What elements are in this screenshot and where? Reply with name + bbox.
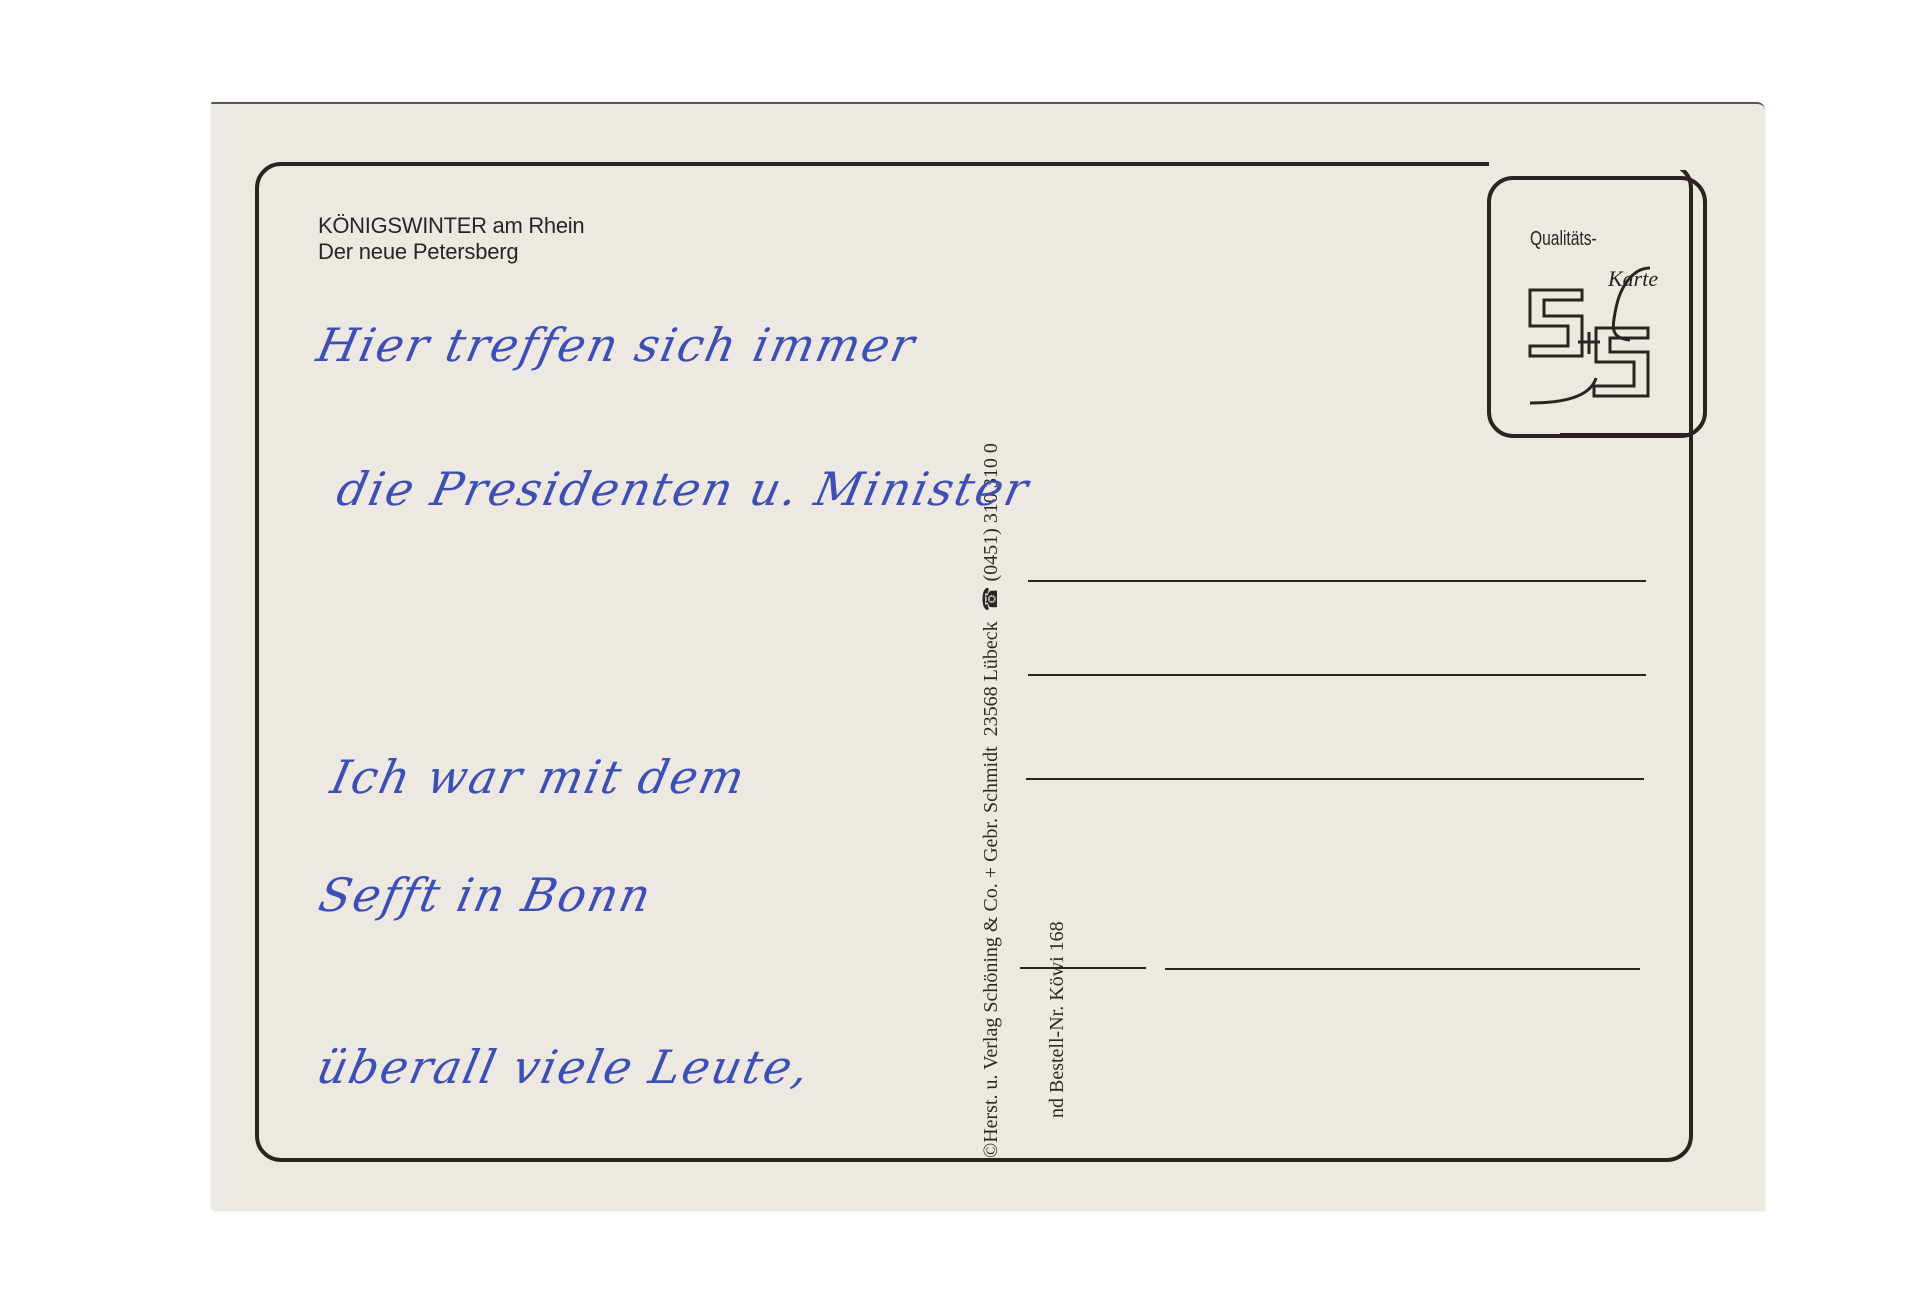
handwriting-line-5: überall viele Leute, [312,1040,815,1094]
handwriting-line-4: Sefft in Bonn [314,868,657,922]
address-line-1 [1028,580,1646,582]
logo-box-tail [1560,433,1692,437]
address-line-2 [1028,674,1646,676]
publisher-imprint: ©Herst. u. Verlag Schöning & Co. + Gebr.… [936,298,1090,1158]
publisher-line-2: nd Bestell-Nr. Köwi 168 [1046,298,1068,1158]
handwriting-line-2: die Presidenten u. Minister [332,462,1035,516]
caption-title: KÖNIGSWINTER am Rhein [318,213,584,239]
s-plus-s-logo-icon [1520,228,1680,408]
card-caption: KÖNIGSWINTER am Rhein Der neue Petersber… [318,213,584,265]
publisher-line-1: ©Herst. u. Verlag Schöning & Co. + Gebr.… [980,298,1002,1158]
frame-gap [1489,156,1699,170]
address-line-4a [1020,967,1146,969]
handwriting-line-1: Hier treffen sich immer [312,318,921,372]
handwriting-line-3: Ich war mit dem [326,750,751,804]
caption-subtitle: Der neue Petersberg [318,239,584,265]
address-line-3 [1026,778,1644,780]
address-line-4b [1165,968,1640,970]
